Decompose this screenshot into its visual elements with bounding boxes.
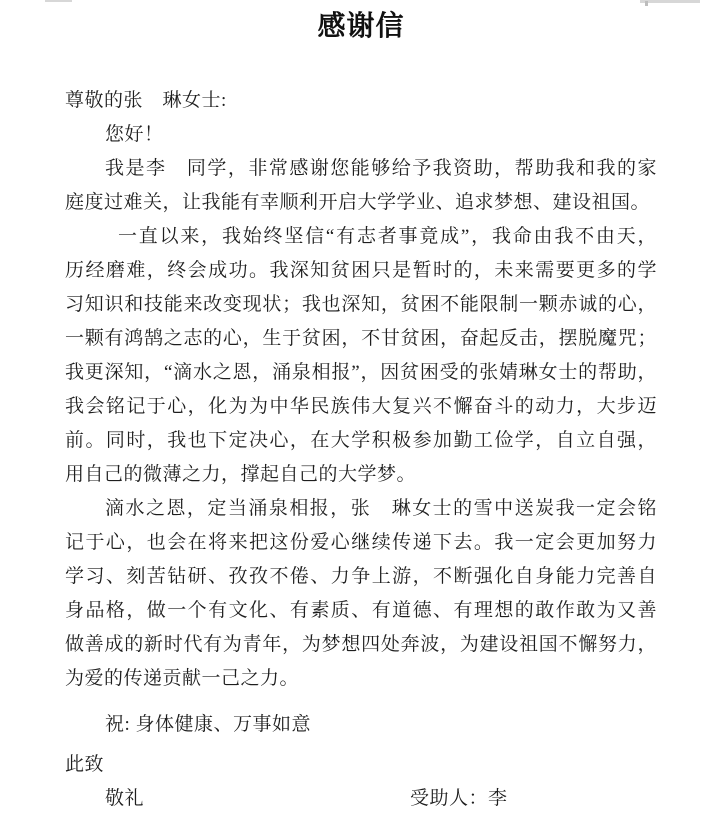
paragraph-line: 滴水之恩，定当涌泉相报，张 琳女士的雪中送炭我一定会铭 <box>65 492 657 526</box>
paragraph-line: 一直以来，我始终坚信“有志者事竟成”，我命由我不由天， <box>65 220 657 254</box>
paragraph-line: 记于心，也会在将来把这份爱心继续传递下去。我一定会更加努力 <box>65 526 657 560</box>
paragraph-line: 身品格，做一个有文化、有素质、有道德、有理想的敢作敢为又善 <box>65 594 657 628</box>
paragraph-line: 一颗有鸿鹄之志的心，生于贫困，不甘贫困，奋起反击，摆脱魔咒； <box>65 322 657 356</box>
closing-jingli: 敬礼 <box>65 782 144 816</box>
paragraph-line: 为爱的传递贡献一己之力。 <box>65 662 657 696</box>
letter-body: 尊敬的张 琳女士: 您好！ 我是李 同学，非常感谢您能够给予我资助，帮助我和我的… <box>65 84 657 816</box>
letter-paragraphs: 我是李 同学，非常感谢您能够给予我资助，帮助我和我的家庭度过难关，让我能有幸顺利… <box>65 152 657 696</box>
screen-edge-artifact <box>640 0 700 3</box>
paragraph-line: 我更深知，“滴水之恩，涌泉相报”，因贫困受的张婧琳女士的帮助， <box>65 356 657 390</box>
letter-title: 感谢信 <box>0 4 722 44</box>
paragraph-line: 我是李 同学，非常感谢您能够给予我资助，帮助我和我的家 <box>65 152 657 186</box>
screen-edge-artifact <box>45 0 72 2</box>
greeting: 您好！ <box>65 118 657 152</box>
closing-cizhi: 此致 <box>65 748 657 782</box>
closing-row: 敬礼 受助人：李 <box>65 782 657 816</box>
wish-line: 祝: 身体健康、万事如意 <box>65 708 657 742</box>
paragraph-line: 历经磨难，终会成功。我深知贫困只是暂时的，未来需要更多的学 <box>65 254 657 288</box>
paragraph-line: 做善成的新时代有为青年，为梦想四处奔波，为建设祖国不懈努力， <box>65 628 657 662</box>
paragraph-line: 庭度过难关，让我能有幸顺利开启大学学业、追求梦想、建设祖国。 <box>65 186 657 220</box>
paragraph-line: 用自己的微薄之力，撑起自己的大学梦。 <box>65 458 657 492</box>
paragraph-line: 我会铭记于心，化为为中华民族伟大复兴不懈奋斗的动力，大步迈 <box>65 390 657 424</box>
letter-page: 感谢信 尊敬的张 琳女士: 您好！ 我是李 同学，非常感谢您能够给予我资助，帮助… <box>0 0 722 825</box>
paragraph-line: 学习、刻苦钻研、孜孜不倦、力争上游，不断强化自身能力完善自 <box>65 560 657 594</box>
signer-label: 受助人：李 <box>410 782 508 816</box>
salutation: 尊敬的张 琳女士: <box>65 84 657 118</box>
paragraph-line: 习知识和技能来改变现状；我也深知，贫困不能限制一颗赤诚的心， <box>65 288 657 322</box>
paragraph-line: 前。同时，我也下定决心，在大学积极参加勤工俭学，自立自强， <box>65 424 657 458</box>
